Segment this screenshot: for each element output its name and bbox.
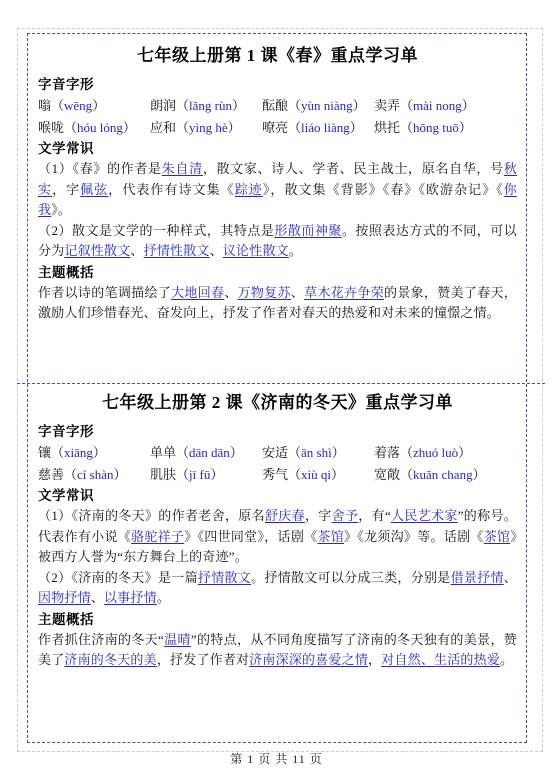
lesson-1-phonetics-heading: 字音字形	[38, 74, 517, 95]
word-entry: 酝酿（yùn niàng）	[262, 95, 374, 117]
word-hanzi: 烘托（	[374, 120, 413, 135]
page-number: 第 1 页 共 11 页	[0, 750, 553, 767]
lesson-2-theme-heading: 主题概括	[38, 609, 517, 630]
word-pinyin: dān dān	[189, 445, 230, 460]
word-paren: ）	[462, 98, 475, 113]
answer-term: 济南的冬天的美	[64, 652, 156, 667]
lesson-1-section: 七年级上册第 1 课《春》重点学习单 字音字形 嗡（wēng）朗润（lǎng r…	[38, 44, 517, 324]
word-paren: ）	[230, 445, 243, 460]
answer-term: 形散而神聚	[274, 223, 341, 238]
answer-term: 议论性散文	[223, 243, 289, 258]
word-pinyin: xiù qi	[301, 467, 331, 482]
word-pinyin: lǎng rùn	[189, 98, 232, 113]
answer-term: 大地回春	[171, 285, 224, 300]
word-pinyin: jī fū	[189, 467, 210, 482]
text-run: （1）《济南的冬天》的作者老舍，原名	[38, 508, 265, 523]
text-run: 、	[91, 590, 104, 605]
word-paren: ）	[459, 120, 472, 135]
word-pinyin: hōng tuō	[413, 120, 459, 135]
word-paren: ）	[353, 98, 366, 113]
word-entry: 嘹亮（liáo liàng）	[262, 117, 374, 139]
answer-term: 因物抒情	[38, 590, 91, 605]
text-run: 、	[130, 243, 143, 258]
section-divider-line	[17, 383, 545, 384]
text-run: 、	[210, 243, 223, 258]
answer-term: 抒情性散文	[144, 243, 210, 258]
word-paren: ）	[210, 467, 223, 482]
text-run: 、	[504, 570, 517, 585]
answer-term: 茶馆	[484, 529, 511, 544]
word-entry: 单单（dān dān）	[150, 442, 262, 464]
word-pinyin: zhuó luò	[413, 445, 458, 460]
lesson-1-word-grid: 嗡（wēng）朗润（lǎng rùn）酝酿（yùn niàng）卖弄（mài n…	[38, 95, 517, 138]
text-run: ，散文家、诗人、学者、民主战士，原名自华，号	[203, 161, 504, 176]
word-pinyin: yìng hè	[189, 120, 228, 135]
word-pinyin: kuān chang	[413, 467, 473, 482]
word-hanzi: 慈善（	[38, 467, 77, 482]
lesson-2-phonetics-heading: 字音字形	[38, 421, 517, 442]
word-hanzi: 宽敞（	[374, 467, 413, 482]
word-pinyin: wēng	[64, 98, 92, 113]
answer-term: 朱自清	[162, 161, 203, 176]
word-entry: 卖弄（mài nong）	[374, 95, 517, 117]
word-paren: ）	[458, 445, 471, 460]
text-run: 》，散文集《背影》《春》《欧游杂记》《	[263, 182, 504, 197]
word-entry: 宽敞（kuān chang）	[374, 464, 517, 486]
text-run: ，字	[305, 508, 332, 523]
text-run: 》《四世同堂》，话剧《	[184, 529, 317, 544]
word-hanzi: 秀气（	[262, 467, 301, 482]
answer-term: 温晴	[164, 632, 191, 647]
word-paren: ）	[473, 467, 486, 482]
answer-term: 记叙性散文	[64, 243, 130, 258]
lesson-2-title: 七年级上册第 2 课《济南的冬天》重点学习单	[38, 391, 517, 415]
text-run: （2）散文是文学的一种样式，其特点是	[38, 223, 274, 238]
word-paren: ）	[350, 120, 363, 135]
word-hanzi: 嗡（	[38, 98, 64, 113]
answer-term: 济南深深的喜爱之情	[249, 652, 368, 667]
text-run: 。	[157, 590, 170, 605]
word-hanzi: 镶（	[38, 445, 64, 460]
word-pinyin: xiāng	[64, 445, 93, 460]
answer-term: 茶馆	[317, 529, 344, 544]
word-hanzi: 卖弄（	[374, 98, 413, 113]
word-paren: ）	[228, 120, 241, 135]
lesson-2-section: 七年级上册第 2 课《济南的冬天》重点学习单 字音字形 镶（xiāng）单单（d…	[38, 391, 517, 671]
text-run: 。	[289, 243, 302, 258]
answer-term: 人民艺术家	[391, 508, 458, 523]
word-entry: 朗润（lǎng rùn）	[150, 95, 262, 117]
word-paren: ）	[332, 445, 345, 460]
word-hanzi: 喉咙（	[38, 120, 77, 135]
word-entry: 喉咙（hóu lóng）	[38, 117, 150, 139]
text-run: 作者抓住济南的冬天“	[38, 632, 164, 647]
word-entry: 烘托（hōng tuō）	[374, 117, 517, 139]
answer-term: 舒庆春	[265, 508, 305, 523]
text-run: （1）《春》的作者是	[38, 161, 162, 176]
text-run: 》。	[51, 202, 71, 217]
lesson-1-title: 七年级上册第 1 课《春》重点学习单	[38, 44, 517, 68]
answer-term: 对自然、生活的热爱	[381, 652, 500, 667]
word-hanzi: 安适（	[262, 445, 301, 460]
word-hanzi: 着落（	[374, 445, 413, 460]
text-run: ，有“	[358, 508, 391, 523]
word-hanzi: 嘹亮（	[262, 120, 301, 135]
word-paren: ）	[123, 120, 136, 135]
lesson-1-theme-paragraph: 作者以诗的笔调描绘了大地回春、万物复苏、草木花卉争荣的景象，赞美了春天，激励人们…	[38, 283, 517, 324]
word-hanzi: 肌肤（	[150, 467, 189, 482]
text-run: 作者以诗的笔调描绘了	[38, 285, 171, 300]
word-hanzi: 朗润（	[150, 98, 189, 113]
word-entry: 秀气（xiù qi）	[262, 464, 374, 486]
lesson-1-literature-heading: 文学常识	[38, 138, 517, 159]
text-run: 。	[500, 652, 513, 667]
lesson-2-literature-paragraph-1: （1）《济南的冬天》的作者老舍，原名舒庆春，字舍予，有“人民艺术家”的称号。代表…	[38, 506, 517, 568]
text-run: ，字	[52, 182, 80, 197]
text-run: ，	[368, 652, 381, 667]
lesson-2-literature-heading: 文学常识	[38, 485, 517, 506]
text-run: ，代表作有诗文集《	[108, 182, 234, 197]
answer-term: 草木花卉争荣	[304, 285, 384, 300]
word-entry: 安适（ān shì）	[262, 442, 374, 464]
lesson-1-literature-paragraph-1: （1）《春》的作者是朱自清，散文家、诗人、学者、民主战士，原名自华，号秋实，字佩…	[38, 159, 517, 221]
word-pinyin: hóu lóng	[77, 120, 123, 135]
answer-term: 以事抒情	[104, 590, 157, 605]
word-entry: 嗡（wēng）	[38, 95, 150, 117]
lesson-2-theme-paragraph: 作者抓住济南的冬天“温晴”的特点，从不同角度描写了济南的冬天独有的美景，赞美了济…	[38, 630, 517, 671]
text-run: 》《龙须沟》等。话剧《	[344, 529, 484, 544]
answer-term: 佩弦	[80, 182, 108, 197]
lesson-2-word-grid: 镶（xiāng）单单（dān dān）安适（ān shì）着落（zhuó luò…	[38, 442, 517, 485]
word-pinyin: liáo liàng	[301, 120, 350, 135]
word-pinyin: cí shàn	[77, 467, 113, 482]
document-page: 七年级上册第 1 课《春》重点学习单 字音字形 嗡（wēng）朗润（lǎng r…	[0, 0, 553, 782]
lesson-1-literature-paragraph-2: （2）散文是文学的一种样式，其特点是形散而神聚。按照表达方式的不同，可以分为记叙…	[38, 221, 517, 262]
answer-term: 万物复苏	[238, 285, 291, 300]
answer-term: 骆驼祥子	[131, 529, 184, 544]
word-entry: 肌肤（jī fū）	[150, 464, 262, 486]
text-run: 、	[291, 285, 304, 300]
lesson-2-literature-paragraph-2: （2）《济南的冬天》是一篇抒情散文。抒情散文可以分成三类，分别是借景抒情、因物抒…	[38, 568, 517, 609]
word-pinyin: mài nong	[413, 98, 462, 113]
word-entry: 应和（yìng hè）	[150, 117, 262, 139]
word-hanzi: 酝酿（	[262, 98, 301, 113]
text-run: （2）《济南的冬天》是一篇	[38, 570, 198, 585]
lesson-1-theme-heading: 主题概括	[38, 262, 517, 283]
word-paren: ）	[92, 98, 105, 113]
word-pinyin: yùn niàng	[301, 98, 353, 113]
word-paren: ）	[113, 467, 126, 482]
word-hanzi: 应和（	[150, 120, 189, 135]
word-paren: ）	[93, 445, 106, 460]
answer-term: 踪迹	[235, 182, 263, 197]
answer-term: 舍予	[332, 508, 359, 523]
answer-term: 借景抒情	[451, 570, 504, 585]
answer-term: 抒情散文	[198, 570, 251, 585]
word-paren: ）	[331, 467, 344, 482]
word-paren: ）	[232, 98, 245, 113]
word-entry: 慈善（cí shàn）	[38, 464, 150, 486]
text-run: 。抒情散文可以分成三类，分别是	[251, 570, 450, 585]
text-run: ，抒发了作者对	[157, 652, 249, 667]
word-entry: 着落（zhuó luò）	[374, 442, 517, 464]
word-entry: 镶（xiāng）	[38, 442, 150, 464]
word-hanzi: 单单（	[150, 445, 189, 460]
text-run: 、	[224, 285, 237, 300]
word-pinyin: ān shì	[301, 445, 332, 460]
